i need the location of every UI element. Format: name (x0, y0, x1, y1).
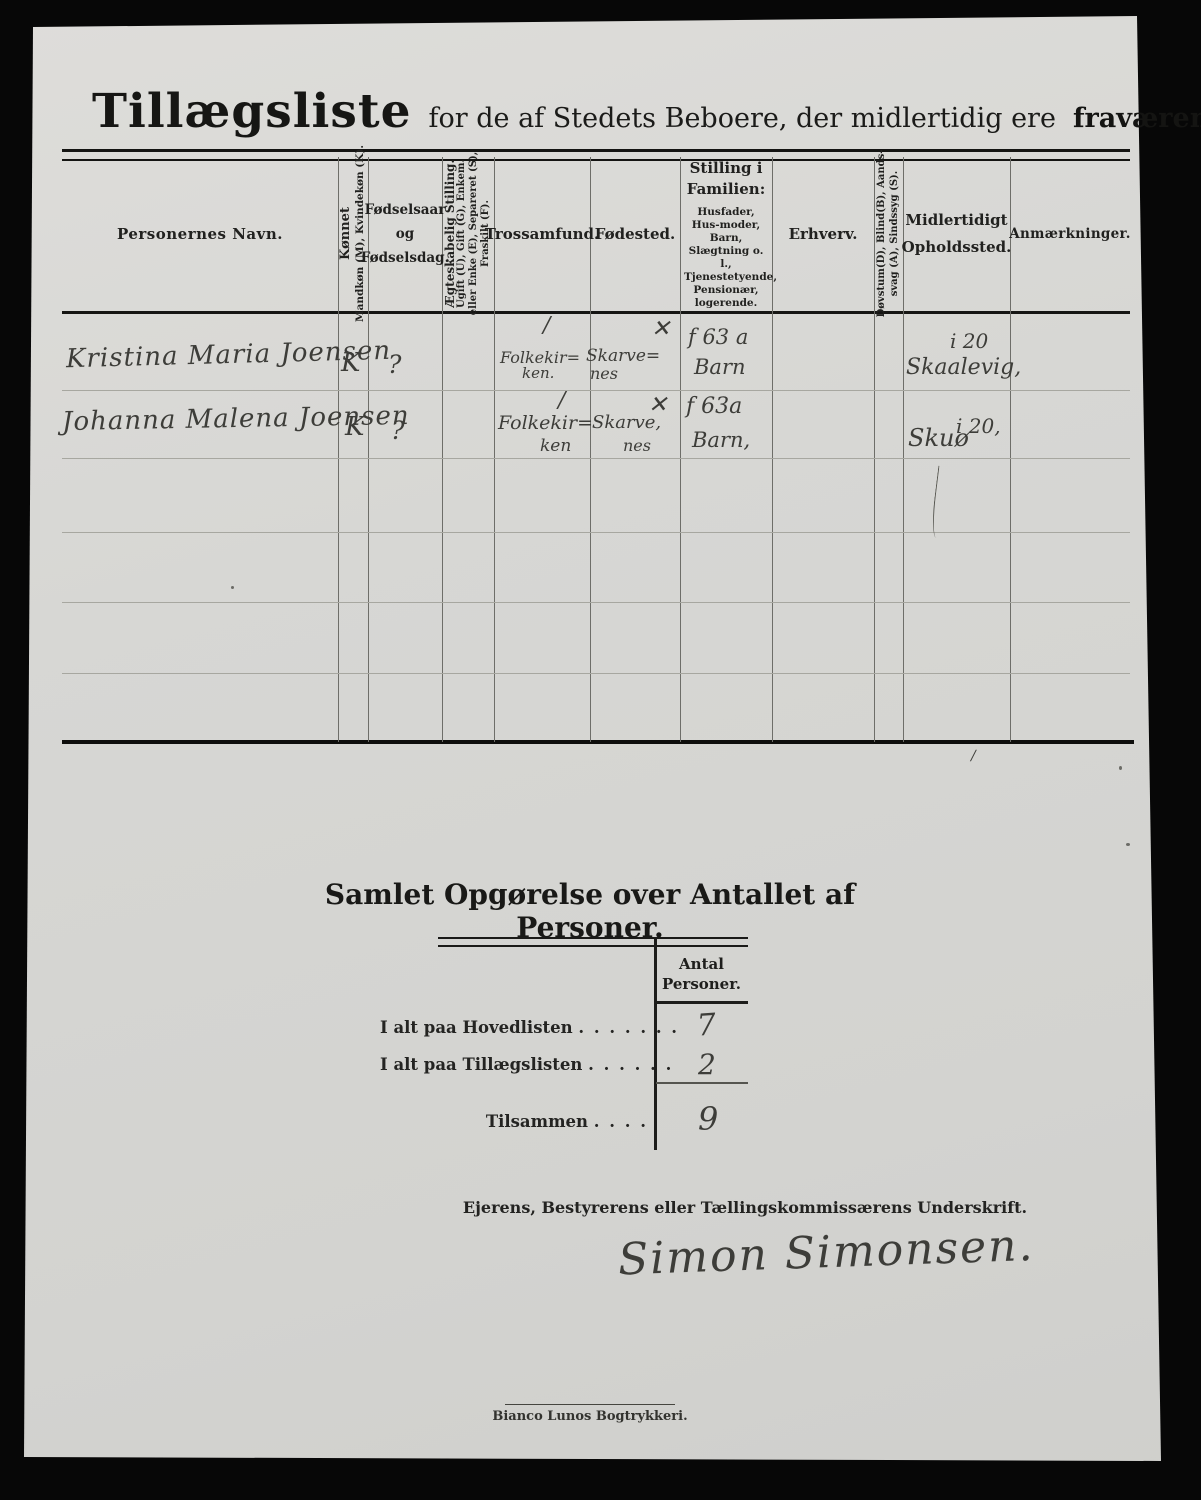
header-family-line2: Familien: (687, 179, 766, 200)
row2-family-ref: f 63a (686, 394, 742, 419)
header-birth-line3: Fødselsdag. (361, 246, 450, 270)
header-family-sub: Husfader, Hus-moder, Barn, Slægtning o. … (684, 206, 768, 310)
ink-speck (1119, 766, 1122, 770)
header-stay-line1: Midlertidigt (905, 207, 1007, 234)
header-disability: Døvstum(D), Blind(B), Aands- svag (A), S… (874, 157, 903, 310)
header-disability-line2: svag (A), Sindssyg (S). (889, 171, 902, 297)
header-marital-line3: eller Enke (E), Separeret (S), (468, 152, 480, 315)
ink-speck (231, 586, 234, 589)
ink-speck: ∕ (971, 748, 976, 764)
row1-religion-cont: ken. (522, 364, 554, 382)
row1-religion-tick: ∕ (543, 313, 550, 338)
row2-birthplace: Skarve, (592, 412, 661, 433)
row2-residence: Skuø (908, 424, 969, 452)
scanned-census-page: Tillægsliste for de af Stedets Beboere, … (0, 0, 1201, 1500)
imprint-rule (505, 1404, 675, 1405)
row-line (62, 532, 1130, 533)
summary-top-rule (438, 937, 748, 947)
row2-birth: ? (391, 416, 404, 445)
row2-family: Barn, (692, 428, 750, 452)
header-birth-line2: og (396, 222, 414, 246)
header-temporary-residence: Midlertidigt Opholdssted. (903, 157, 1010, 310)
row2-religion-tick: ∕ (558, 388, 565, 413)
row1-residence: Skaalevig, (906, 355, 1021, 380)
page-title: Tillægsliste for de af Stedets Beboere, … (92, 84, 1107, 139)
summary-row-mainlist-value: 7 (696, 1007, 717, 1043)
header-marital-line1: Ægteskabelig Stilling. (444, 159, 456, 307)
row2-religion: Folkekir= (498, 412, 593, 434)
header-sex-sub: Mandkøn (M), Kvindekøn (K). (353, 145, 367, 322)
summary-count-header-line1: Antal (655, 954, 748, 974)
header-family-position: Stilling i Familien: Husfader, Hus-moder… (680, 157, 772, 310)
header-person-name: Personernes Navn. (62, 157, 338, 310)
row-line (62, 673, 1130, 674)
row2-religion-cont: ken (540, 436, 571, 456)
row2-sex: K (345, 412, 364, 442)
summary-row-supplement-label: I alt paa Tillægslisten . . . . . . (380, 1055, 648, 1074)
page-title-emphasis: fraværende. (1073, 103, 1201, 134)
summary-label-dots: . . . . (594, 1112, 648, 1131)
summary-row-mainlist-label: I alt paa Hovedlisten . . . . . . . (380, 1018, 648, 1037)
signature-caption: Ejerens, Bestyrerens eller Tællingskommi… (445, 1198, 1045, 1217)
header-religion: Trossamfund. (494, 157, 590, 310)
row-line (62, 390, 1130, 391)
header-birthplace-label: Fødested. (595, 225, 676, 243)
ink-speck (1126, 843, 1130, 846)
summary-label-text: I alt paa Tillægslisten (380, 1055, 582, 1074)
header-disability-line1: Døvstum(D), Blind(B), Aands- (876, 150, 889, 318)
row-line (62, 458, 1130, 459)
summary-mid-rule (656, 1082, 748, 1084)
summary-header-rule (656, 1001, 748, 1004)
summary-count-header-line2: Personer. (655, 974, 748, 994)
page-title-main: Tillægsliste (92, 84, 411, 139)
header-person-name-label: Personernes Navn. (117, 225, 283, 243)
header-marital-line2: Ugift (U), Gift (G), Enkem. (456, 159, 468, 308)
summary-label-text: Tilsammen (486, 1112, 588, 1131)
summary-title: Samlet Opgørelse over Antallet af Person… (290, 878, 890, 944)
header-sex-title: Kønnet (339, 207, 353, 260)
row1-birthplace: Skarve= (586, 346, 660, 366)
header-stay-line2: Opholdssted. (902, 234, 1012, 261)
header-bottom-rule (62, 311, 1130, 314)
imprint-text: Bianco Lunos Bogtrykkeri. (460, 1409, 720, 1424)
header-birthplace: Fødested. (590, 157, 680, 310)
header-occupation: Erhverv. (772, 157, 874, 310)
header-birth: Fødselsaar og Fødselsdag. (368, 157, 442, 310)
summary-label-dots: . . . . . . . (578, 1018, 679, 1037)
row1-birthplace-cont: nes (590, 364, 618, 383)
summary-row-total-value: 9 (698, 1100, 718, 1138)
header-occupation-label: Erhverv. (789, 225, 858, 243)
row1-sex: K (341, 348, 360, 378)
header-family-line1: Stilling i (690, 158, 763, 179)
header-remarks: Anmærkninger. (1010, 157, 1130, 310)
summary-label-text: I alt paa Hovedlisten (380, 1018, 573, 1037)
summary-row-supplement-value: 2 (698, 1048, 716, 1081)
header-birth-line1: Fødselsaar (365, 198, 446, 222)
summary-label-dots: . . . . . . (588, 1055, 673, 1074)
row1-family-ref: f 63 a (688, 325, 748, 349)
row1-birth: ? (388, 350, 401, 379)
summary-row-total-label: Tilsammen . . . . (380, 1112, 648, 1131)
header-religion-label: Trossamfund. (485, 225, 599, 243)
row2-birthplace-cont: nes (623, 436, 651, 455)
table-bottom-rule (62, 740, 1134, 744)
row1-family: Barn (694, 355, 746, 379)
header-sex: Kønnet Mandkøn (M), Kvindekøn (K). (338, 157, 368, 310)
row-line (62, 602, 1130, 603)
row1-residence-ref: i 20 (950, 329, 988, 353)
summary-count-header: Antal Personer. (655, 954, 748, 994)
header-remarks-label: Anmærkninger. (1009, 226, 1130, 242)
row1-birthplace-mark: ✕ (651, 316, 670, 342)
page-title-rest: for de af Stedets Beboere, der midlertid… (428, 103, 1055, 134)
